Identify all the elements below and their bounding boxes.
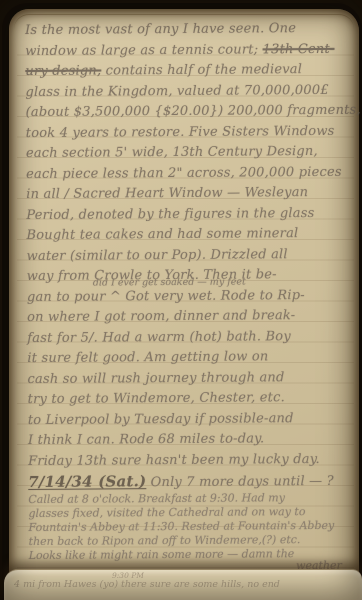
interline-insertion: did I ever get soaked — my feet xyxy=(93,277,246,288)
journal-line: ury design, contains half of the medieva… xyxy=(25,60,354,83)
journal-line: Fountain's Abbey at 11:30. Rested at Fou… xyxy=(28,518,357,534)
journal-line: Period, denoted by the figures in the gl… xyxy=(26,203,355,226)
journal-text: Is the most vast of any I have seen. One… xyxy=(25,19,358,575)
entry-7-14-body: Called at 8 o'clock. Breakfast at 9:30. … xyxy=(28,490,358,574)
journal-line: I think I can. Rode 68 miles to-day. xyxy=(28,429,357,452)
journal-line: in all / Sacred Heart Window — Wesleyan xyxy=(26,183,355,206)
diary-page: Is the most vast of any I have seen. One… xyxy=(9,9,359,600)
journal-line-text: window as large as a tennis court; xyxy=(25,42,262,59)
journal-line: window as large as a tennis court; 13th … xyxy=(25,39,354,62)
journal-line-text: gan to pour ^ Got very wet. Rode to Rip- xyxy=(27,288,305,305)
journal-line: Is the most vast of any I have seen. One xyxy=(25,19,354,42)
journal-line: did I ever get soaked — my feetgan to po… xyxy=(27,285,356,308)
journal-line: Friday 13th sure hasn't been my lucky da… xyxy=(28,449,357,472)
journal-line: each section 5' wide, 13th Century Desig… xyxy=(26,142,355,165)
entry-date-rest: Only 7 more days until — ? xyxy=(146,474,334,490)
journal-line: took 4 years to restore. Five Sisters Wi… xyxy=(26,121,355,144)
journal-line-text: contains half of the medieval xyxy=(101,62,302,78)
journal-line: to Liverpool by Tuesday if possible-and xyxy=(28,408,357,431)
journal-line: cash so will rush journey through and xyxy=(27,367,356,390)
diary-photo: Is the most vast of any I have seen. One… xyxy=(0,0,362,600)
entry-date-line: 7/14/34 (Sat.) Only 7 more days until — … xyxy=(28,470,357,493)
journal-line: Bought tea cakes and had some mineral xyxy=(26,224,355,247)
journal-line: fast for 5/. Had a warm (hot) bath. Boy xyxy=(27,326,356,349)
journal-line: water (similar to our Pop). Drizzled all xyxy=(27,244,356,267)
journal-line: on where I got room, dinner and break- xyxy=(27,306,356,329)
entry-date: 7/14/34 (Sat.) xyxy=(28,472,146,491)
journal-line: (about $3,500,000 {$20.00}) 200,000 frag… xyxy=(26,101,355,124)
journal-line: glass in the Kingdom, valued at 70,000,0… xyxy=(25,80,354,103)
strikethrough-text: 13th Cent- xyxy=(263,41,335,57)
strikethrough-text: ury design, xyxy=(25,63,101,79)
journal-line: it sure felt good. Am getting low on xyxy=(27,347,356,370)
journal-line: try to get to Windemore, Chester, etc. xyxy=(28,388,357,411)
journal-line: each piece less than 2" across, 200,000 … xyxy=(26,162,355,185)
next-page-edge: 9:30 PM 4 mi from Hawes (yo) there sure … xyxy=(4,569,362,600)
next-page-partial-text: 4 mi from Hawes (yo) there sure are some… xyxy=(14,579,358,590)
